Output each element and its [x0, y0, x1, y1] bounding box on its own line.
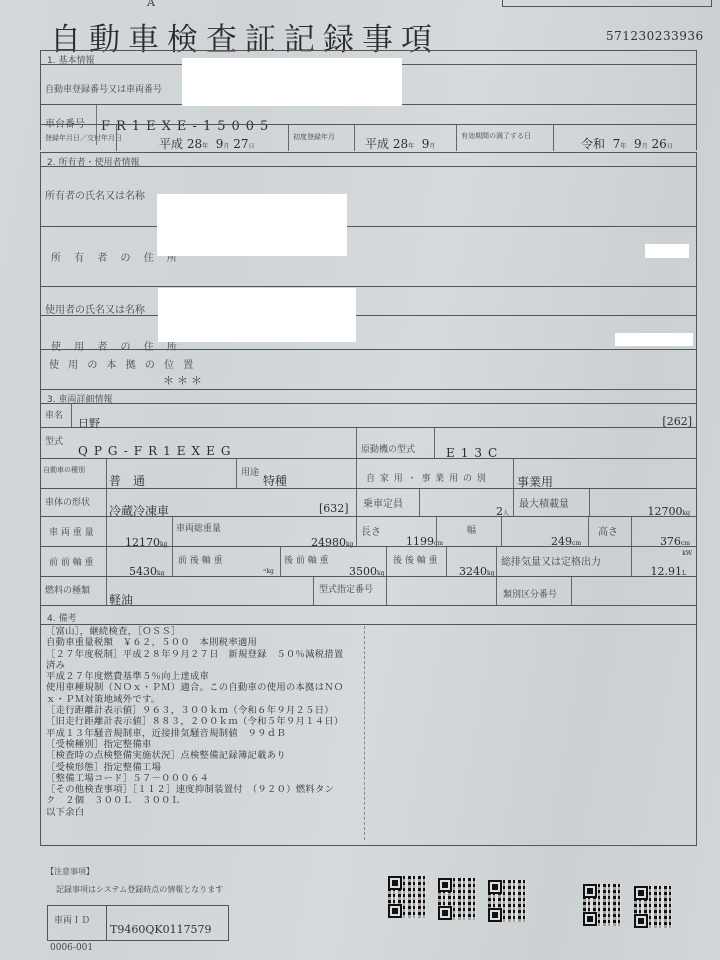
remarks-column-divider [364, 626, 365, 840]
registration-date-value: 平成 28年 9月 27日 [159, 135, 255, 152]
rr-axle-label: 後 後 軸 重 [393, 553, 438, 566]
usage-label: 用途 [241, 465, 259, 478]
vehicle-type-value: 普 通 [109, 472, 145, 489]
section-vehicle-details: 3. 車両詳細情報 車名 日野 [262] 型式 QPG-FR1EXEG 原動機… [40, 389, 697, 605]
notice-body: 記録事項はシステム登録時点の情報となります [56, 884, 223, 895]
length-label: 長さ [361, 523, 381, 538]
private-business-label: 自 家 用 ・ 事 業 用 の 別 [366, 471, 487, 484]
form-number: 0006-001 [50, 943, 93, 953]
remarks-line: ［その他検査事項］［１１２］速度抑制装置付 （９２０）燃料タン [46, 784, 344, 795]
remarks-line: ク ２個 ３００Ｌ ３００Ｌ [46, 795, 344, 806]
remarks-line: ［受検形態］指定整備工場 [46, 762, 344, 773]
remarks-line: ［受検種別］指定整備車 [46, 739, 344, 750]
document-number: 571230233936 [606, 29, 704, 43]
remarks-text: ［富山］，継続検査，［ＯＳＳ］自動車重量税額 ￥６２，５００ 本則税率適用［２７… [46, 626, 344, 818]
owner-name-label: 所有者の氏名又は名称 [45, 187, 145, 202]
vehicle-type-label: 自動車の種別 [43, 465, 85, 475]
body-shape-code: [632] [319, 502, 349, 515]
usage-value: 特種 [263, 472, 287, 489]
registration-number-label: 自動車登録番号又は車両番号 [45, 82, 162, 95]
displacement-unit-kw: kW [682, 550, 692, 557]
type-designation-label: 型式指定番号 [319, 582, 373, 595]
remarks-line: 済み [46, 660, 344, 671]
notice-title: 【注意事項】 [46, 866, 94, 877]
remarks-line: ［旧走行距離計表示値］８８３，２００ｋｍ（令和５年９月１４日） [46, 716, 344, 727]
remarks-line: ［２７年度税制］平成２８年９月２７日 新規登録 ５０％減税措置 [46, 649, 344, 660]
registration-date-label: 登録年月日／交付年月日 [45, 133, 122, 143]
section-4-heading: 4. 備考 [47, 611, 76, 624]
fr-axle-value: -kg [263, 565, 274, 576]
remarks-line: ｘ・ＰＭ対策地域外です。 [46, 694, 344, 705]
height-label: 高さ [598, 523, 618, 538]
first-registration-label: 初度登録年月 [293, 132, 335, 142]
expiry-label: 有効期間の満了する日 [461, 131, 531, 141]
remarks-line: 使用車種規制（ＮＯｘ・ＰＭ）適合。この自動車の使用の本拠はＮＯ [46, 682, 344, 693]
inspection-certificate-paper: A 自動車検査証記録事項 571230233936 1. 基本情報 自動車登録番… [0, 0, 720, 960]
ff-axle-label: 前 前 軸 重 [49, 555, 94, 568]
capacity-label: 乗車定員 [363, 495, 403, 510]
category-number-label: 類別区分番号 [503, 587, 557, 600]
remarks-line: 自動車重量税額 ￥６２，５００ 本則税率適用 [46, 637, 344, 648]
max-load-label: 最大積載量 [519, 495, 569, 510]
engine-model-label: 原動機の型式 [361, 442, 415, 455]
remarks-line: 平成１３年騒音規制車，近接排気騒音規制値 ９９ｄＢ [46, 728, 344, 739]
redacted-owner-name-address [157, 194, 347, 256]
user-name-label: 使用者の氏名又は名称 [45, 301, 145, 316]
qr-code-3 [488, 880, 526, 922]
remarks-line: 平成２７年度燃費基準５％向上達成車 [46, 671, 344, 682]
qr-code-1 [388, 876, 426, 918]
vehicle-id-value: T9460QK0117579 [110, 923, 212, 936]
section-owner-user-info: 2. 所有者・使用者情報 所有者の氏名又は名称 所 有 者 の 住 所 使用者の… [40, 152, 697, 389]
base-location-value: ＊＊＊ [163, 372, 205, 388]
first-registration-value: 平成 28年 9月 [365, 135, 435, 152]
vehicle-name-label: 車名 [45, 408, 63, 421]
model-value: QPG-FR1EXEG [78, 444, 236, 458]
rf-axle-label: 後 前 軸 重 [284, 553, 329, 566]
body-shape-label: 車体の形状 [45, 495, 90, 508]
qr-code-4 [583, 884, 621, 926]
width-label: 幅 [467, 523, 476, 536]
model-label: 型式 [45, 434, 63, 447]
vehicle-id-box: 車両ＩＤ T9460QK0117579 [47, 905, 229, 941]
remarks-line: ［走行距離計表示値］９６３，３００ｋｍ（令和６年９月２５日） [46, 705, 344, 716]
displacement-label: 総排気量又は定格出力 [501, 553, 601, 568]
qr-code-2 [438, 878, 476, 920]
top-corner-box [502, 0, 712, 7]
expiry-date-value: 令和 7年 9月 26日 [581, 135, 673, 152]
redacted-owner-code [645, 244, 689, 258]
redacted-user-code [615, 333, 693, 346]
qr-code-5 [634, 886, 672, 928]
vehicle-id-label: 車両ＩＤ [54, 913, 90, 926]
remarks-line: 以下余白 [46, 807, 344, 818]
fr-axle-label: 前 後 軸 重 [178, 553, 223, 566]
base-location-label: 使 用 の 本 拠 の 位 置 [49, 356, 196, 371]
vehicle-weight-label: 車 両 重 量 [49, 525, 94, 538]
redacted-registration-number [182, 58, 402, 106]
corner-mark: A [147, 0, 155, 9]
fuel-label: 燃料の種類 [45, 583, 90, 596]
remarks-line: ［検査時の点検整備実施状況］点検整備記録簿記載あり [46, 750, 344, 761]
remarks-line: ［富山］，継続検査，［ＯＳＳ］ [46, 626, 344, 637]
redacted-user-name-address [158, 288, 356, 342]
gross-weight-label: 車両総重量 [176, 521, 221, 534]
remarks-line: ［整備工場コード］５７－０００６４ [46, 773, 344, 784]
